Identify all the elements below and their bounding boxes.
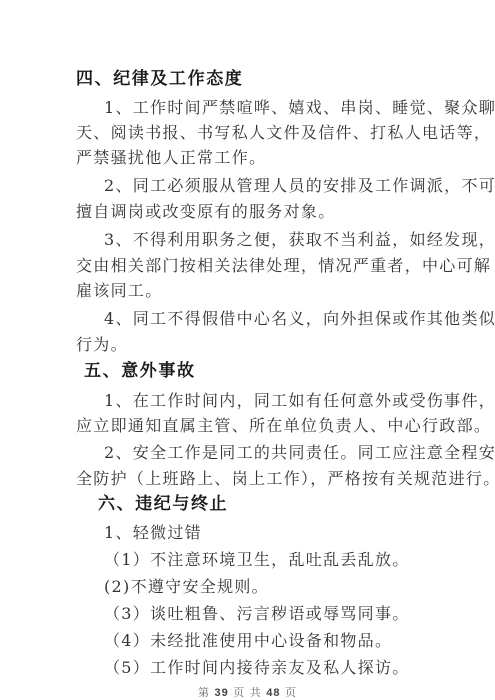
footer-prefix: 第	[198, 686, 210, 699]
document-page: 四、纪律及工作态度 1、工作时间严禁喧哗、嬉戏、串岗、睡觉、聚众聊 天、阅读书报…	[0, 0, 495, 700]
list-item: （1）不注意环境卫生，乱吐乱丢乱放。	[104, 550, 410, 570]
paragraph-line: 1、工作时间严禁喧哗、嬉戏、串岗、睡觉、聚众聊	[104, 98, 495, 118]
paragraph-line: 3、不得利用职务之便，获取不当利益，如经发现，	[104, 230, 495, 250]
paragraph-line: 1、轻微过错	[104, 523, 202, 543]
paragraph-line: 天、阅读书报、书写私人文件及信件、打私人电话等，	[76, 123, 491, 143]
paragraph-line: 全防护（上班路上、岗上工作），严格按有关规范进行。	[76, 469, 495, 489]
page-footer: 第 39 页 共 48 页	[0, 684, 495, 700]
footer-middle: 页 共	[233, 686, 262, 699]
paragraph-line: 应立即通知直属主管、所在单位负责人、中心行政部。	[76, 416, 491, 436]
paragraph-line: 擅自调岗或改变原有的服务对象。	[76, 202, 336, 222]
section-heading-discipline: 四、纪律及工作态度	[76, 69, 243, 89]
paragraph-line: 交由相关部门按相关法律处理，情况严重者，中心可解	[76, 256, 491, 276]
list-item: （5）工作时间内接待亲友及私人探访。	[104, 658, 410, 678]
list-item: （4）未经批准使用中心设备和物品。	[104, 631, 392, 651]
paragraph-line: 2、安全工作是同工的共同责任。同工应注意全程安	[104, 443, 495, 463]
paragraph-line: 2、同工必须服从管理人员的安排及工作调派，不可	[104, 176, 495, 196]
paragraph-line: 1、在工作时间内，同工如有任何意外或受伤事件，	[104, 391, 495, 411]
footer-suffix: 页	[285, 686, 297, 699]
paragraph-line: 雇该同工。	[76, 281, 163, 301]
current-page-number: 39	[215, 687, 229, 699]
list-item: (2)不遵守安全规则。	[104, 577, 269, 597]
section-heading-accidents: 五、意外事故	[84, 361, 196, 381]
paragraph-line: 4、同工不得假借中心名义，向外担保或作其他类似	[104, 309, 495, 329]
list-item: （3）谈吐粗鲁、污言秽语或辱骂同事。	[104, 604, 410, 624]
total-pages-number: 48	[266, 687, 280, 699]
paragraph-line: 严禁骚扰他人正常工作。	[76, 148, 266, 168]
section-heading-violations: 六、违纪与终止	[98, 494, 228, 514]
paragraph-line: 行为。	[76, 335, 128, 355]
